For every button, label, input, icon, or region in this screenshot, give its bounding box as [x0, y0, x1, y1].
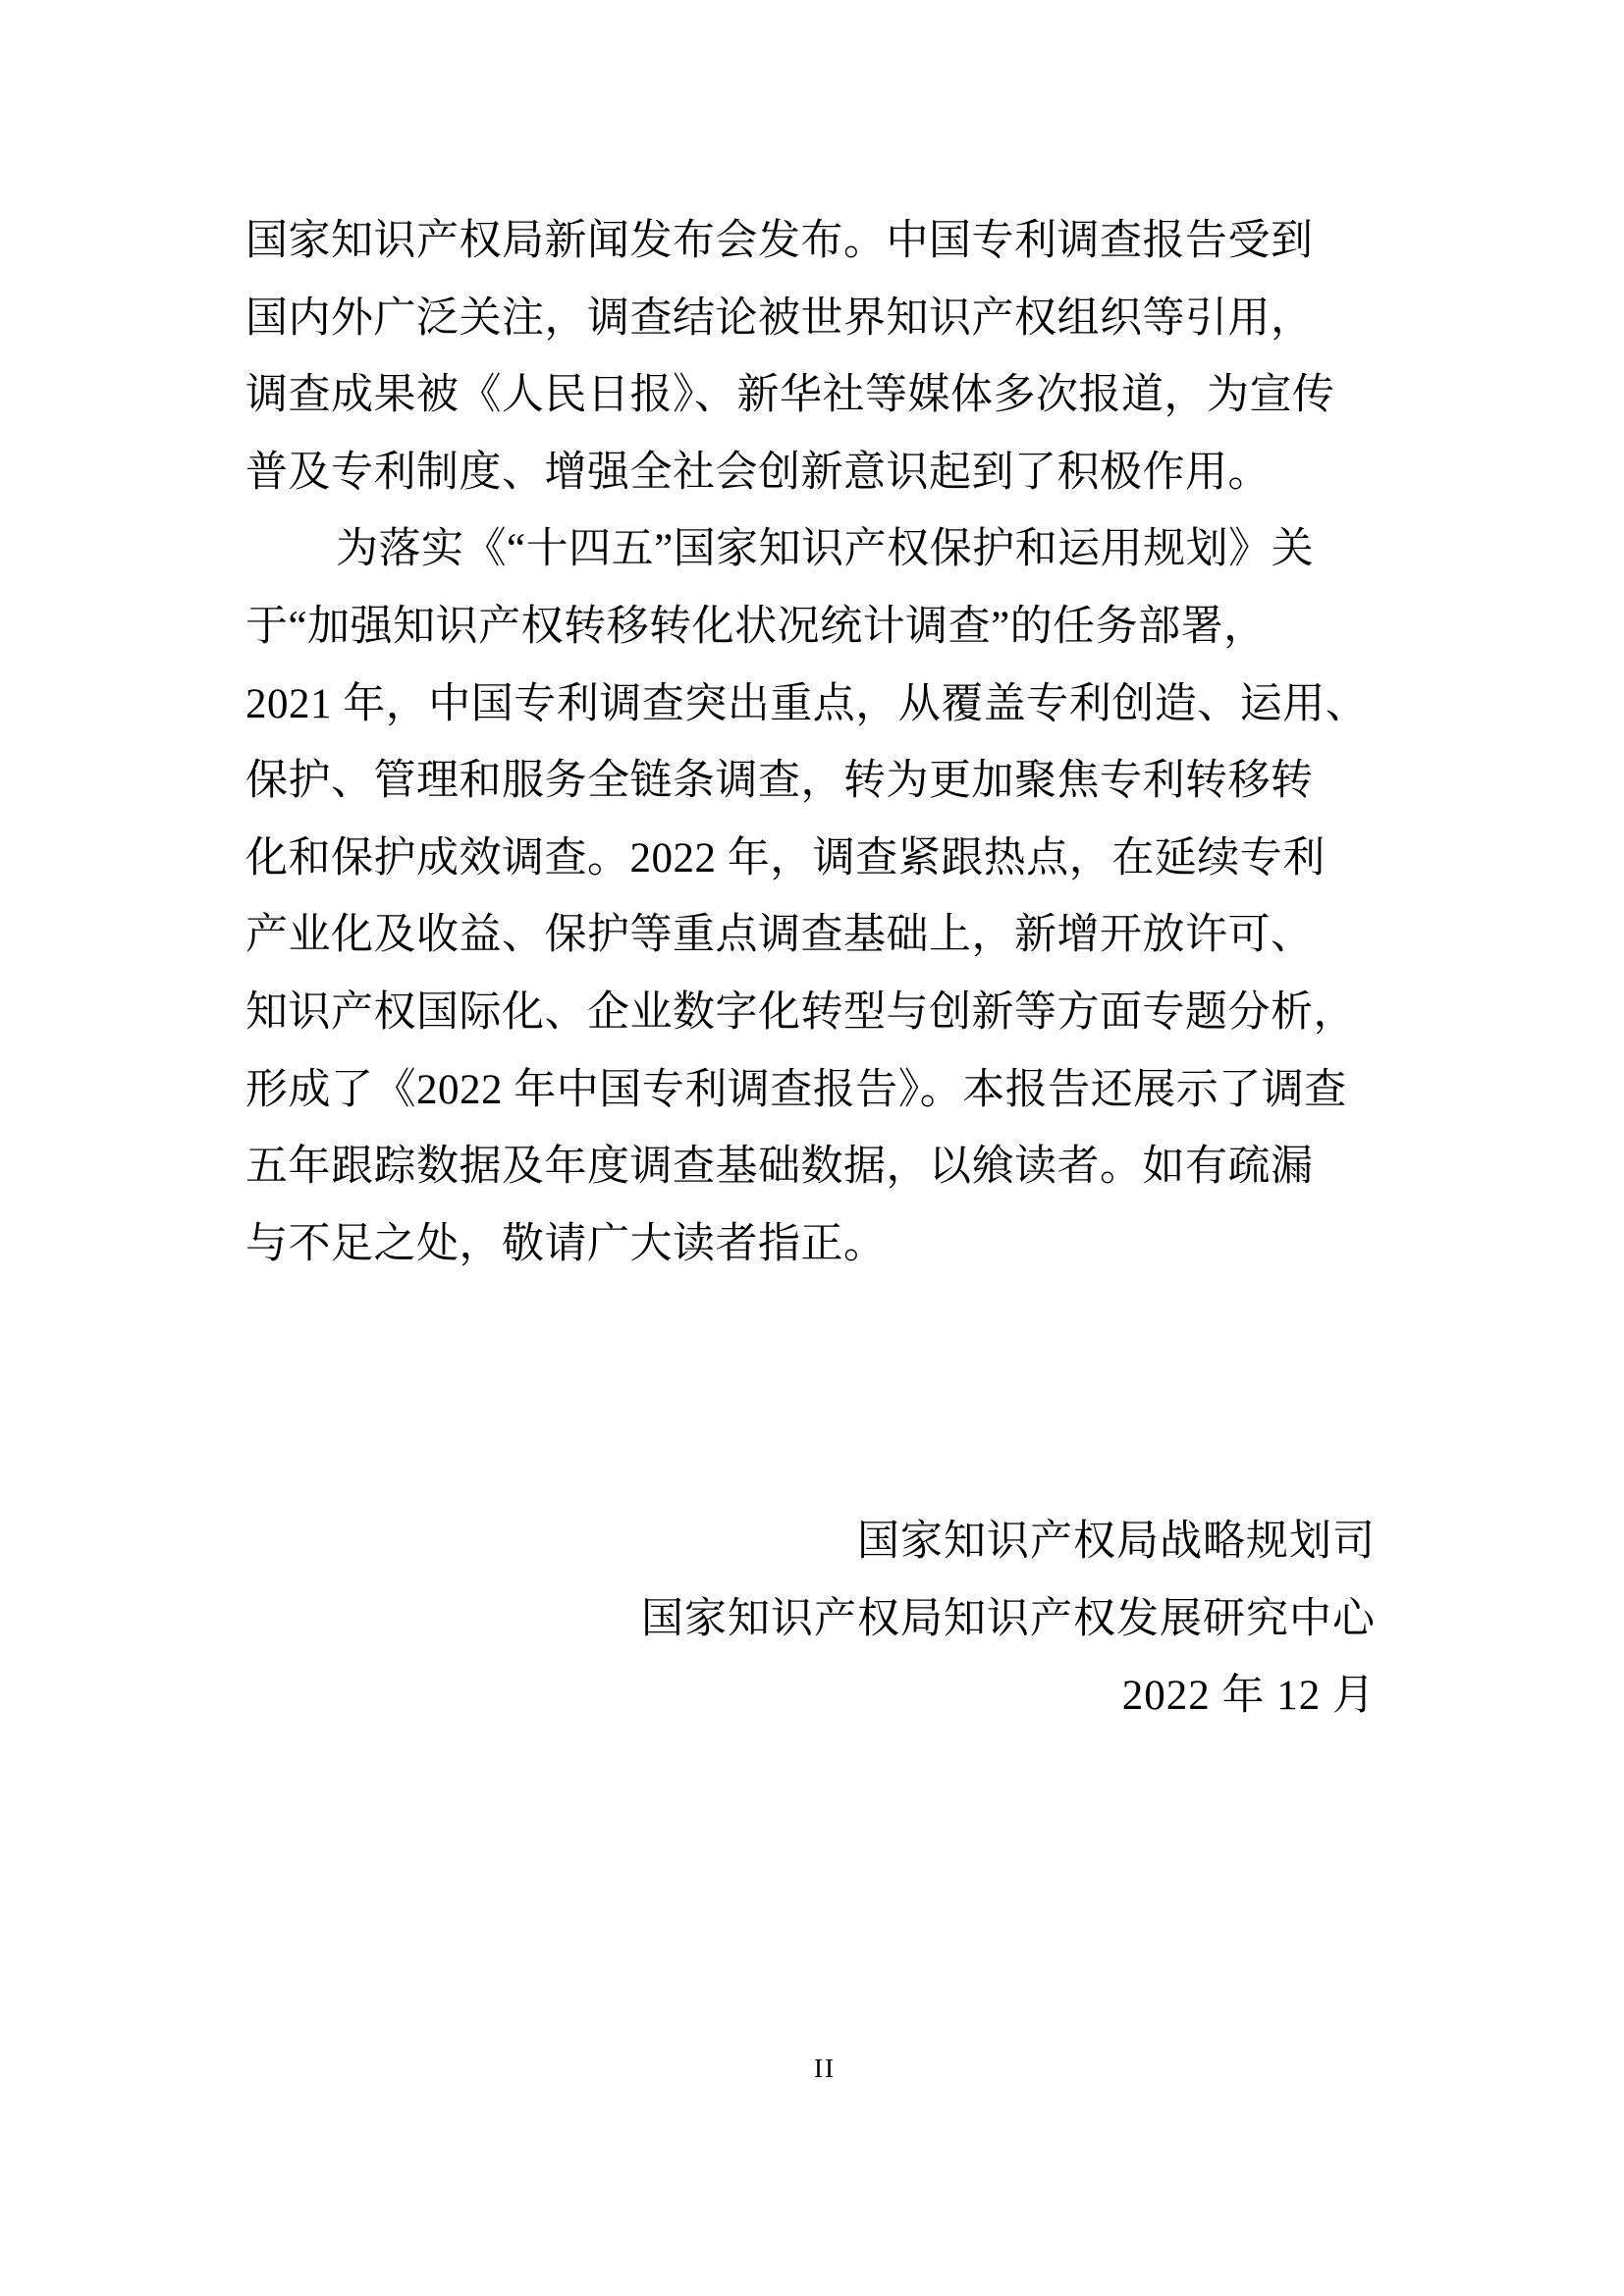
body-line: 国内外广泛关注，调查结论被世界知识产权组织等引用，	[245, 281, 1378, 358]
body-line: 于“加强知识产权转移转化状况统计调查”的任务部署，	[245, 589, 1378, 667]
body-line: 形成了《2022 年中国专利调查报告》。本报告还展示了调查	[245, 1052, 1378, 1130]
body-line-paragraph-end: 普及专利制度、增强全社会创新意识起到了积极作用。	[245, 435, 1378, 512]
body-line: 国家知识产权局新闻发布会发布。中国专利调查报告受到	[245, 203, 1378, 281]
body-line: 知识产权国际化、企业数字化转型与创新等方面专题分析，	[245, 975, 1378, 1052]
signature-date: 2022 年 12 月	[641, 1658, 1376, 1735]
body-line: 调查成果被《人民日报》、新华社等媒体多次报道，为宣传	[245, 357, 1378, 435]
body-line-paragraph-start: 为落实《“十四五”国家知识产权保护和运用规划》关	[245, 511, 1378, 589]
signature-block: 国家知识产权局战略规划司 国家知识产权局知识产权发展研究中心 2022 年 12…	[641, 1504, 1376, 1735]
body-line: 2021 年，中国专利调查突出重点，从覆盖专利创造、运用、	[245, 667, 1378, 744]
signature-org-1: 国家知识产权局战略规划司	[641, 1504, 1376, 1581]
preface-body: 国家知识产权局新闻发布会发布。中国专利调查报告受到 国内外广泛关注，调查结论被世…	[245, 203, 1378, 1283]
body-line: 五年跟踪数据及年度调查基础数据，以飨读者。如有疏漏	[245, 1129, 1378, 1206]
body-line: 化和保护成效调查。2022 年，调查紧跟热点，在延续专利	[245, 821, 1378, 898]
document-page: 国家知识产权局新闻发布会发布。中国专利调查报告受到 国内外广泛关注，调查结论被世…	[0, 0, 1624, 2296]
body-line: 产业化及收益、保护等重点调查基础上，新增开放许可、	[245, 897, 1378, 975]
signature-org-2: 国家知识产权局知识产权发展研究中心	[641, 1581, 1376, 1659]
body-line: 保护、管理和服务全链条调查，转为更加聚焦专利转移转	[245, 743, 1378, 821]
body-line-paragraph-end: 与不足之处，敬请广大读者指正。	[245, 1206, 1378, 1284]
page-number: II	[0, 2054, 1624, 2084]
